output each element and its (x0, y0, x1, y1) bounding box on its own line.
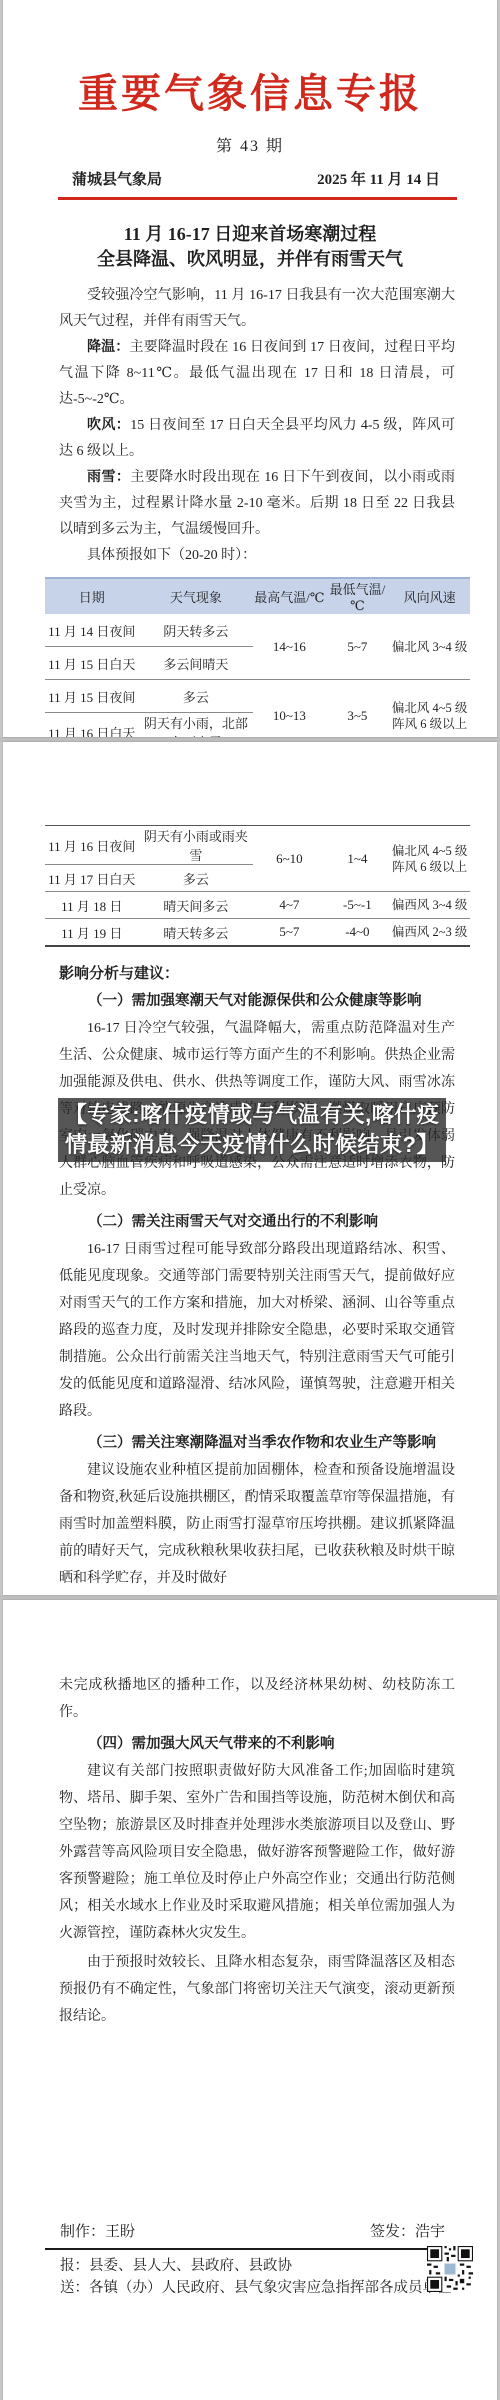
document-page-1: 重要气象信息专报 第 43 期 蒲城县气象局 2025 年 11 月 14 日 … (3, 0, 497, 737)
section-3-title: （三）需关注寒潮降温对当季农作物和农业生产等影响 (59, 1431, 455, 1455)
cell-tmin: 3~5 (326, 680, 390, 738)
cell-weather: 阴天有小雨，北部有雨夹雪 (139, 713, 254, 738)
rain-snow-label: 雨雪： (87, 470, 130, 485)
rain-snow-paragraph: 雨雪：主要降水时段出现在 16 日下午到夜间，以小雨或雨夹雪为主，过程累计降水量… (59, 465, 455, 543)
cell-date: 11 月 16 日夜间 (45, 826, 139, 865)
cell-weather: 晴天间多云 (139, 892, 254, 919)
analysis-heading: 影响分析与建议： (59, 962, 455, 983)
section-3-body-part1: 建议设施农业种植区提前加固棚体，检查和预备设施增温设备和物资,秋延后设施拱棚区，… (59, 1457, 455, 1592)
cell-date: 11 月 15 日夜间 (45, 680, 139, 713)
table-row: 11 月 15 日夜间 多云 10~13 3~5 偏北风 4~5 级 阵风 6 … (45, 680, 470, 713)
cell-tmax: 6~10 (253, 826, 325, 892)
intro-paragraph: 受较强冷空气影响，11 月 16-17 日我县有一次大范围寒潮大风天气过程，并伴… (59, 283, 455, 335)
cell-tmin: 5~7 (326, 614, 390, 680)
cell-date: 11 月 17 日白天 (45, 865, 139, 892)
col-header-wind: 风向风速 (389, 578, 470, 614)
section-2-body: 16-17 日雨雪过程可能导致部分路段出现道路结冰、积雪、低能见度现象。交通等部… (59, 1236, 455, 1425)
cell-weather: 阴天有小雨或雨夹雪 (139, 826, 254, 865)
col-header-weather: 天气现象 (139, 578, 254, 614)
cell-date: 11 月 19 日 (45, 919, 139, 947)
distribution-list: 报：县委、县人大、县政府、县政协 送：各镇（办）人民政府、县气象灾害应急指挥部各… (60, 2255, 377, 2299)
credit-row: 制作：王盼 签发：浩宇 (3, 2220, 497, 2241)
producer-label: 制作： (60, 2224, 105, 2240)
wind-label: 吹风： (87, 418, 130, 433)
cooling-label: 降温： (87, 340, 129, 355)
caption-line2: 情最新消息今天疫情什么时候结束?】 (58, 1130, 446, 1160)
producer: 制作：王盼 (60, 2220, 135, 2241)
table-row: 11 月 14 日夜间 阴天转多云 14~16 5~7 偏北风 3~4 级 (45, 614, 470, 647)
cell-wind: 偏西风 3~4 级 (389, 892, 470, 919)
cell-date: 11 月 16 日白天 (45, 713, 139, 738)
forecast-table-page1: 日期 天气现象 最高气温/℃ 最低气温/℃ 风向风速 11 月 14 日夜间 阴… (45, 577, 470, 737)
red-divider-rule (58, 197, 457, 200)
footer-rule (45, 2248, 470, 2250)
cell-wind: 偏西风 2~3 级 (389, 919, 470, 947)
cell-tmax: 10~13 (253, 680, 325, 738)
cell-tmax: 4~7 (253, 892, 325, 919)
issuer: 签发：浩宇 (370, 2220, 445, 2241)
cell-date: 11 月 15 日白天 (45, 647, 139, 680)
table-row: 11 月 19 日 晴天转多云 5~7 -4~0 偏西风 2~3 级 (45, 919, 470, 947)
cell-date: 11 月 14 日夜间 (45, 614, 139, 647)
document-page-3: 未完成秋播地区的播种工作，以及经济林果幼树、幼枝防冻工作。 （四）需加强大风天气… (3, 1600, 497, 2400)
cell-date: 11 月 18 日 (45, 892, 139, 919)
cooling-paragraph: 降温：主要降温时段在 16 日夜间到 17 日夜间，过程日平均气温下降 8~11… (59, 335, 455, 413)
issuer-name: 浩宇 (415, 2224, 445, 2240)
cell-weather: 多云 (139, 865, 254, 892)
issuer-label: 签发： (370, 2224, 415, 2240)
agency-name: 蒲城县气象局 (72, 168, 162, 189)
bulletin-title-line1: 11 月 16-17 日迎来首场寒潮过程 (3, 222, 497, 247)
bulletin-title: 11 月 16-17 日迎来首场寒潮过程 全县降温、吹风明显，并伴有雨雪天气 (3, 222, 497, 272)
send-to-line: 送：各镇（办）人民政府、县气象灾害应急指挥部各成员单位 (60, 2277, 377, 2299)
qr-code (427, 2246, 473, 2292)
cell-tmin: 1~4 (326, 826, 390, 892)
cell-tmin: -4~0 (326, 919, 390, 947)
cell-weather: 阴天转多云 (139, 614, 254, 647)
section-3-body-part2: 未完成秋播地区的播种工作，以及经济林果幼树、幼枝防冻工作。 (59, 1672, 455, 1726)
cell-wind: 偏北风 4~5 级 阵风 6 级以上 (389, 826, 470, 892)
cell-wind: 偏北风 3~4 级 (389, 614, 470, 680)
masthead-title: 重要气象信息专报 (3, 72, 497, 116)
col-header-date: 日期 (45, 578, 139, 614)
forecast-table-header-row: 日期 天气现象 最高气温/℃ 最低气温/℃ 风向风速 (45, 578, 470, 614)
bulletin-title-line2: 全县降温、吹风明显，并伴有雨雪天气 (3, 247, 497, 272)
section-1-title: （一）需加强寒潮天气对能源保供和公众健康等影响 (59, 989, 455, 1013)
col-header-tmax: 最高气温/℃ (253, 578, 325, 614)
cell-tmin: -5~-1 (326, 892, 390, 919)
table-row: 11 月 16 日夜间 阴天有小雨或雨夹雪 6~10 1~4 偏北风 4~5 级… (45, 826, 470, 865)
agency-date-row: 蒲城县气象局 2025 年 11 月 14 日 (3, 168, 497, 189)
forecast-note: 具体预报如下（20-20 时）： (59, 543, 455, 569)
issue-date: 2025 年 11 月 14 日 (317, 168, 440, 189)
section-2-title: （二）需关注雨雪天气对交通出行的不利影响 (59, 1210, 455, 1234)
caption-line1: 【专家:喀什疫情或与气温有关,喀什疫 (58, 1100, 446, 1130)
producer-name: 王盼 (105, 2224, 135, 2240)
cell-tmax: 5~7 (253, 919, 325, 947)
section-4-body: 建议有关部门按照职责做好防大风准备工作;加固临时建筑物、塔吊、脚手架、室外广告和… (59, 1758, 455, 1947)
section-4-title: （四）需加强大风天气带来的不利影响 (59, 1732, 455, 1756)
closing-paragraph: 由于预报时效较长、且降水相态复杂，雨雪降温落区及相态预报仍有不确定性，气象部门将… (59, 1949, 455, 2030)
wind-paragraph: 吹风：15 日夜间至 17 日白天全县平均风力 4-5 级，阵风可达 6 级以上… (59, 413, 455, 465)
cell-tmax: 14~16 (253, 614, 325, 680)
cell-wind: 偏北风 4~5 级 阵风 6 级以上 (389, 680, 470, 738)
issue-number: 第 43 期 (3, 133, 497, 156)
cell-weather: 多云间晴天 (139, 647, 254, 680)
table-row: 11 月 18 日 晴天间多云 4~7 -5~-1 偏西风 3~4 级 (45, 892, 470, 919)
document-page-2: 11 月 16 日夜间 阴天有小雨或雨夹雪 6~10 1~4 偏北风 4~5 级… (3, 742, 497, 1595)
cell-weather: 多云 (139, 680, 254, 713)
cell-weather: 晴天转多云 (139, 919, 254, 947)
report-to-line: 报：县委、县人大、县政府、县政协 (60, 2255, 377, 2277)
video-caption-overlay: 【专家:喀什疫情或与气温有关,喀什疫 情最新消息今天疫情什么时候结束?】 (58, 1098, 446, 1162)
forecast-table-page2: 11 月 16 日夜间 阴天有小雨或雨夹雪 6~10 1~4 偏北风 4~5 级… (45, 825, 470, 947)
document-footer: 制作：王盼 签发：浩宇 报：县委、县人大、县政府、县政协 送：各镇（办）人民政府… (3, 2220, 497, 2299)
col-header-tmin: 最低气温/℃ (326, 578, 390, 614)
